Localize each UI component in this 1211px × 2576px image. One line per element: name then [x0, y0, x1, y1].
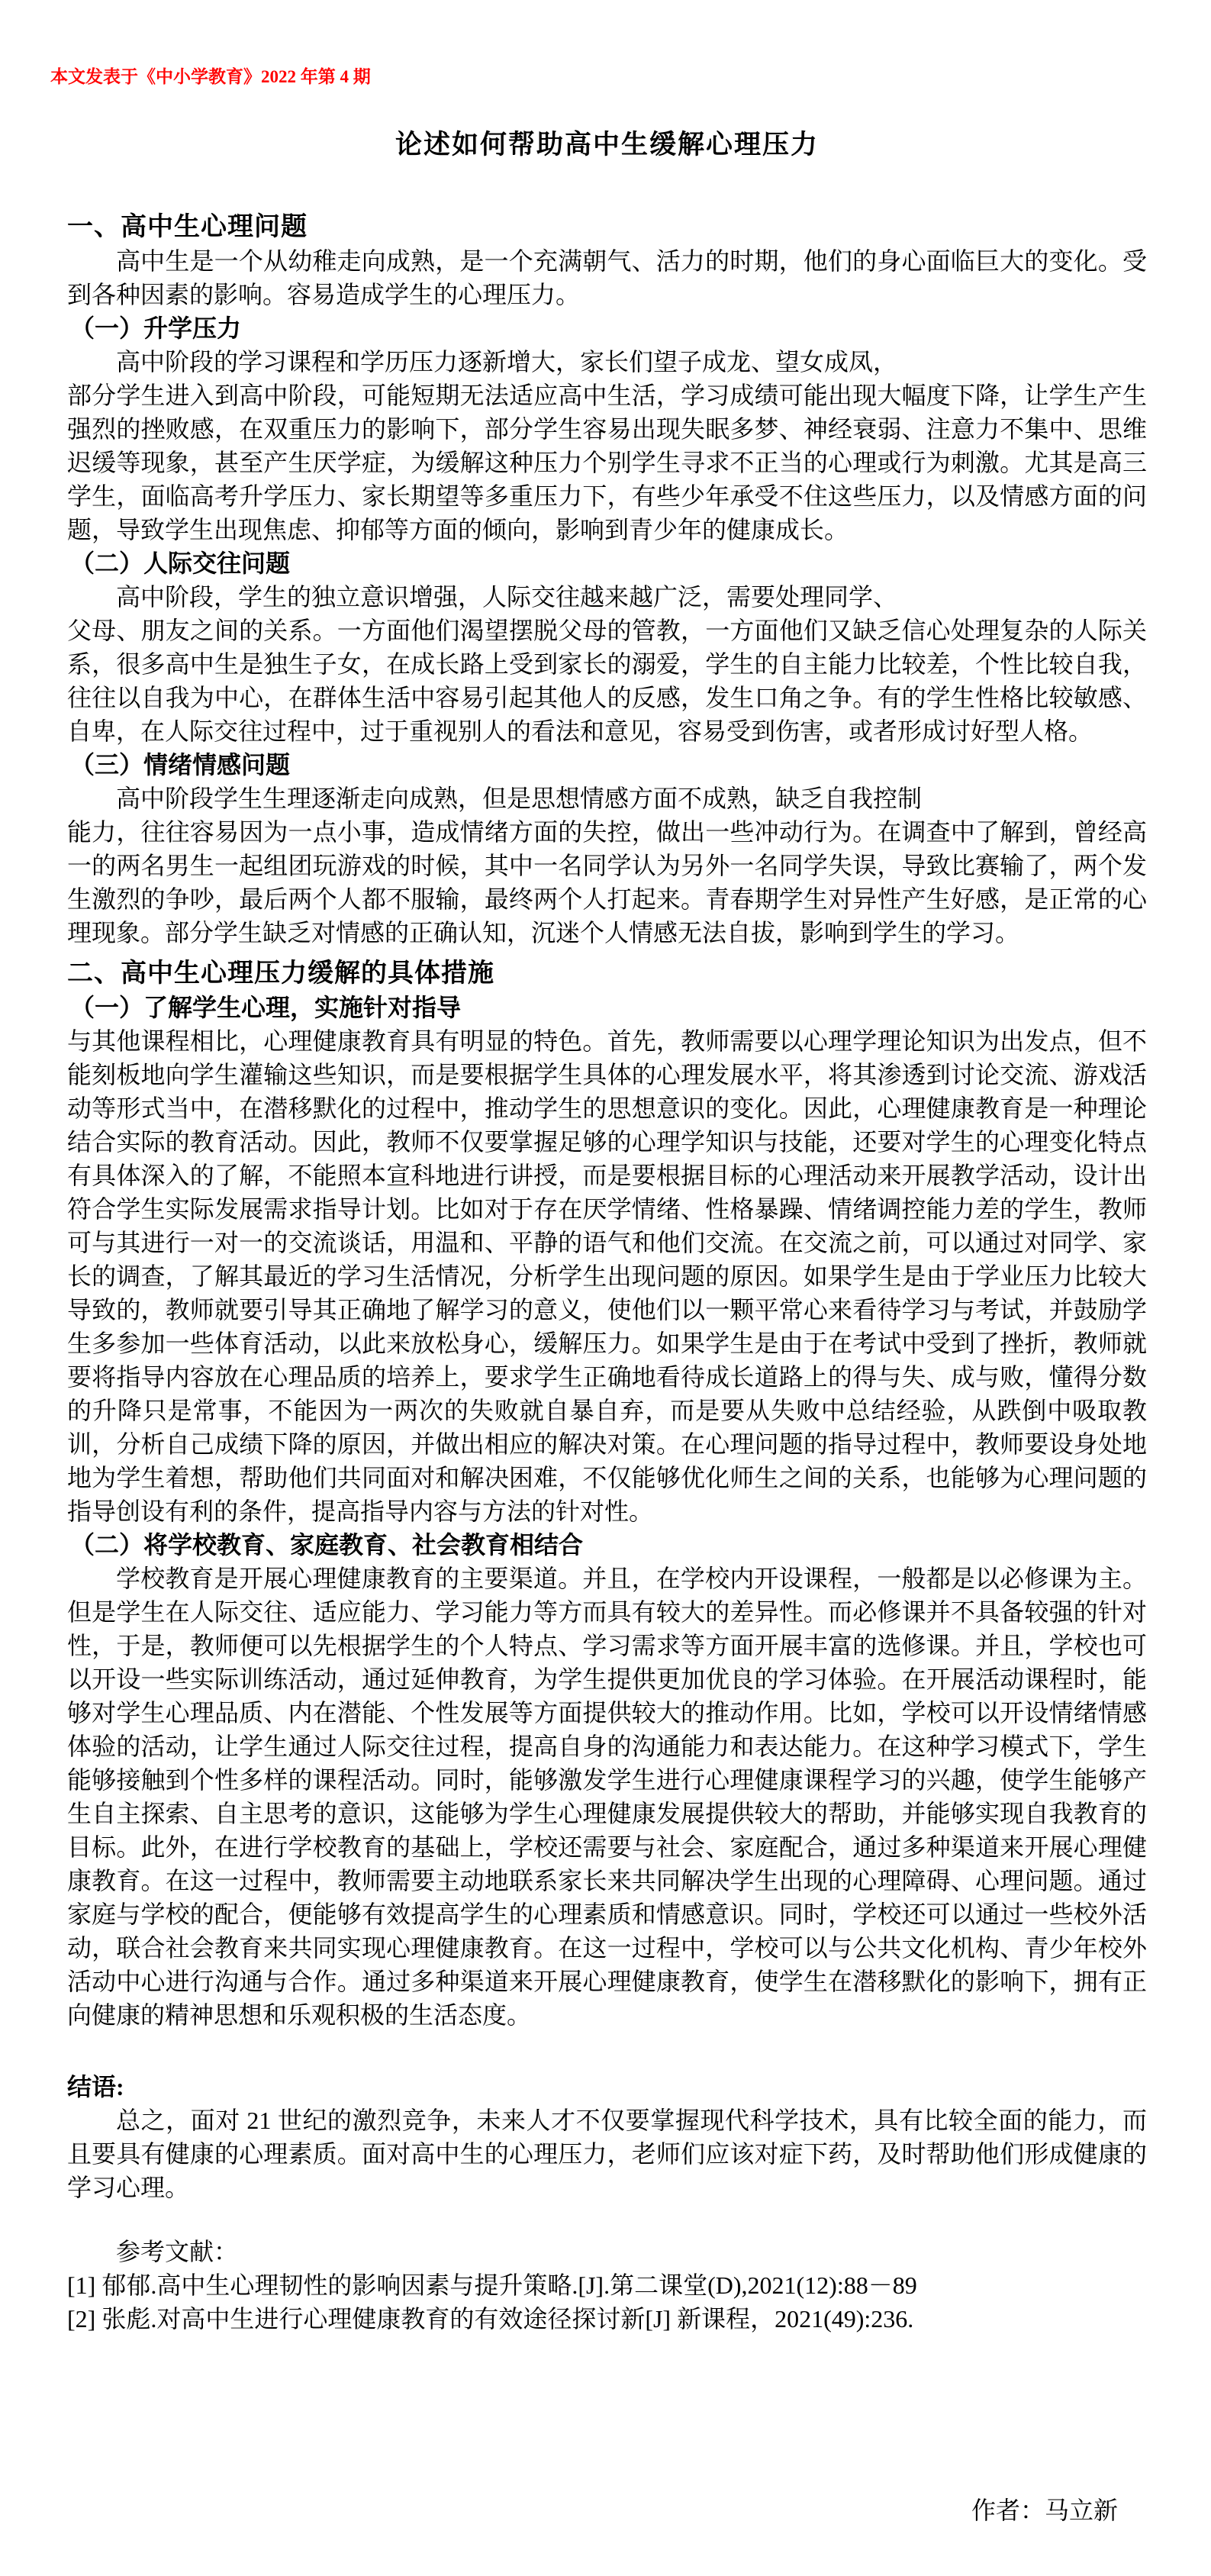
references-label: 参考文献： [67, 2235, 1147, 2268]
author-line: 作者：马立新 [971, 2494, 1118, 2527]
paragraph: 学校教育是开展心理健康教育的主要渠道。并且，在学校内开设课程，一般都是以必修课为… [67, 1562, 1147, 2032]
paragraph: 能力，往往容易因为一点小事，造成情绪方面的失控，做出一些冲动行为。在调查中了解到… [67, 815, 1147, 949]
subsection-heading: （一）升学压力 [67, 311, 1147, 345]
subsection-heading: （三）情绪情感问题 [67, 748, 1147, 782]
reference-item: [2] 张彪.对高中生进行心理健康教育的有效途径探讨新[J] 新课程，2021(… [67, 2302, 1147, 2336]
paragraph: 高中阶段学生生理逐渐走向成熟，但是思想情感方面不成熟，缺乏自我控制 [67, 782, 1147, 815]
document-page: 本文发表于《中小学教育》2022 年第 4 期 论述如何帮助高中生缓解心理压力 … [0, 0, 1211, 2576]
section-heading: 一、高中生心理问题 [67, 211, 1147, 244]
page-title: 论述如何帮助高中生缓解心理压力 [67, 127, 1147, 163]
reference-item: [1] 郁郁.高中生心理韧性的影响因素与提升策略.[J].第二课堂(D),202… [67, 2268, 1147, 2302]
paragraph: 父母、朋友之间的关系。一方面他们渴望摆脱父母的管教，一方面他们又缺乏信心处理复杂… [67, 614, 1147, 748]
paragraph: 高中阶段，学生的独立意识增强，人际交往越来越广泛，需要处理同学、 [67, 580, 1147, 614]
subsection-heading: （一）了解学生心理，实施针对指导 [67, 991, 1147, 1024]
page-content: 本文发表于《中小学教育》2022 年第 4 期 论述如何帮助高中生缓解心理压力 … [67, 66, 1147, 2336]
paragraph: 总之，面对 21 世纪的激烈竞争，未来人才不仅要掌握现代科学技术，具有比较全面的… [67, 2104, 1147, 2204]
conclusion-label: 结语: [67, 2070, 1147, 2104]
paragraph: 部分学生进入到高中阶段，可能短期无法适应高中生活，学习成绩可能出现大幅度下降，让… [67, 379, 1147, 546]
paragraph: 高中阶段的学习课程和学历压力逐新增大，家长们望子成龙、望女成凤， [67, 345, 1147, 379]
subsection-heading: （二）将学校教育、家庭教育、社会教育相结合 [67, 1528, 1147, 1562]
document-body: 一、高中生心理问题高中生是一个从幼稚走向成熟，是一个充满朝气、活力的时期，他们的… [67, 211, 1147, 2336]
published-note: 本文发表于《中小学教育》2022 年第 4 期 [50, 66, 1147, 89]
subsection-heading: （二）人际交往问题 [67, 546, 1147, 580]
paragraph: 高中生是一个从幼稚走向成熟，是一个充满朝气、活力的时期，他们的身心面临巨大的变化… [67, 244, 1147, 311]
section-heading: 二、高中生心理压力缓解的具体措施 [67, 957, 1147, 991]
paragraph: 与其他课程相比，心理健康教育具有明显的特色。首先，教师需要以心理学理论知识为出发… [67, 1024, 1147, 1528]
